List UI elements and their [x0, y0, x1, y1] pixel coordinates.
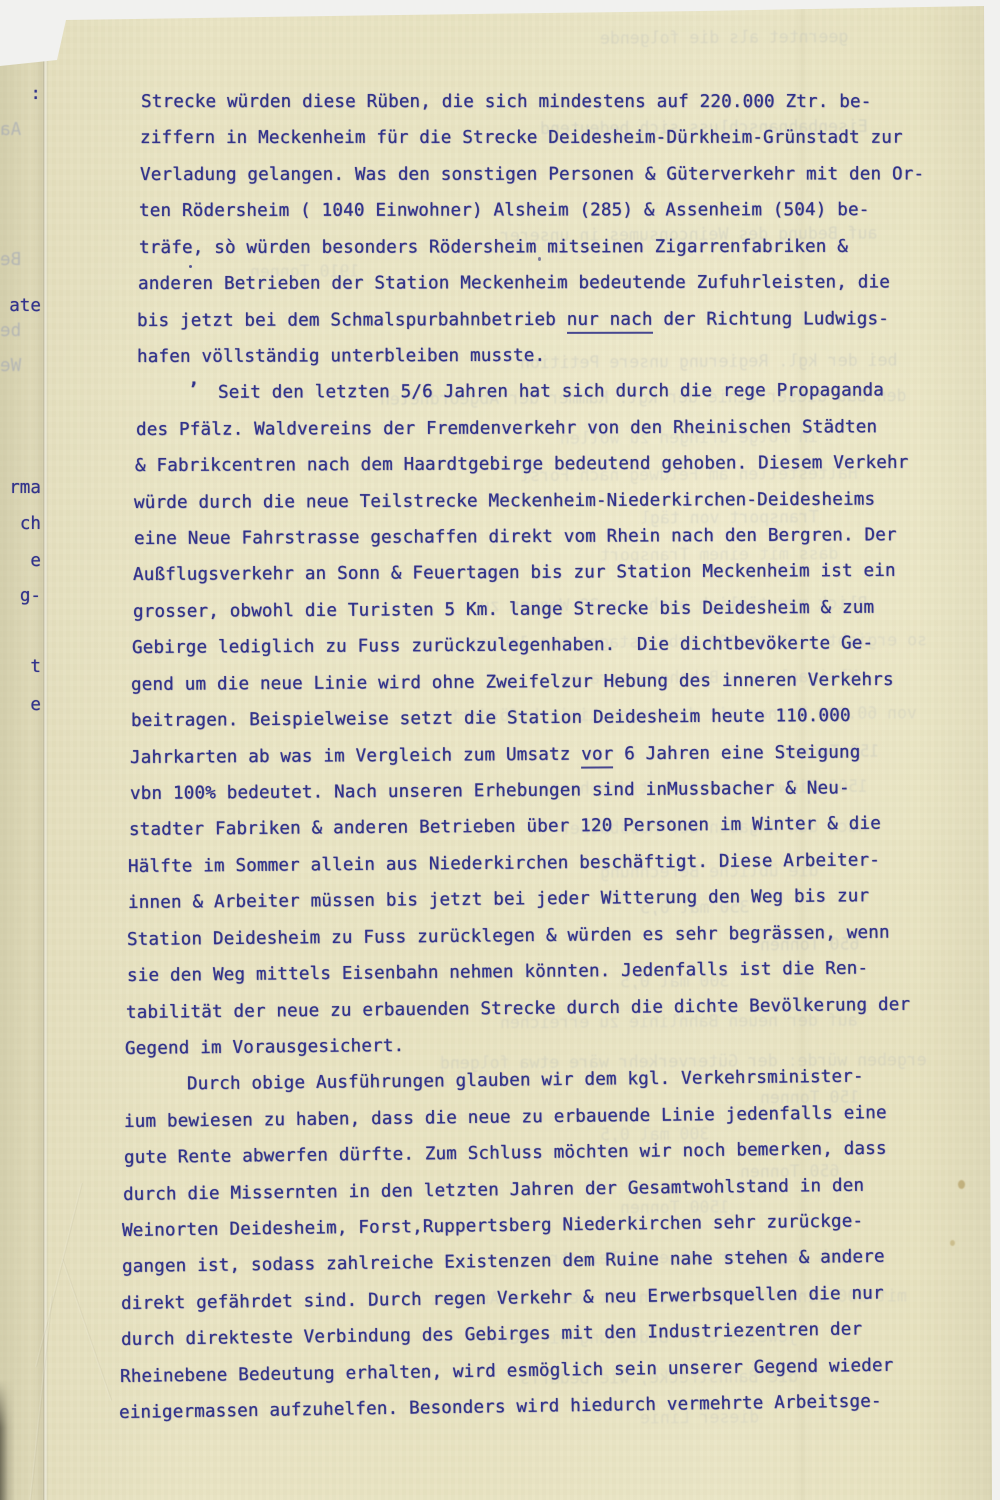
- typewritten-line: vbn 100% bedeutet. Nach unseren Erhebung…: [130, 778, 850, 804]
- typewritten-line: ’Seit den letzten 5/6 Jahren hat sich du…: [136, 381, 884, 404]
- page-gap-shadow: [0, 1380, 16, 1500]
- text-segment: Weinorten Deidesheim, Forst,Ruppertsberg…: [122, 1211, 863, 1241]
- typewritten-line: eine Neue Fahrstrasse geschaffen direkt …: [134, 525, 897, 549]
- typewritten-line: Strecke würden diese Rüben, die sich min…: [141, 92, 871, 112]
- typewritten-line: innen & Arbeiter müssen bis jetzt bei je…: [128, 886, 869, 913]
- left-edge-fragment: be: [0, 321, 41, 341]
- left-edge-fragment: Be: [0, 250, 41, 270]
- typewritten-line: durch die Missernten in den letzten Jahr…: [123, 1175, 864, 1204]
- bleedthrough-text: bei der kgl. Regierung unsere Petition: [520, 351, 898, 373]
- left-edge-fragment: g-: [0, 586, 41, 606]
- left-edge-fragment: :: [0, 84, 41, 104]
- typewritten-line: ium bewiesen zu haben, dass die neue zu …: [124, 1103, 887, 1132]
- foxing-spot: [958, 1180, 965, 1189]
- left-edge-fragment: e: [0, 695, 41, 715]
- text-segment: träfe, sò würden besonders Rödersheim mi…: [139, 236, 848, 257]
- typewritten-line: Gebirge lediglich zu Fuss zurückzulegenh…: [132, 634, 873, 659]
- text-segment: ten Rödersheim ( 1040 Einwohner) Alsheim…: [139, 200, 870, 221]
- text-segment: ium bewiesen zu haben, dass die neue zu …: [124, 1103, 887, 1132]
- typewritten-line: Außflugsverkehr an Sonn & Feuertagen bis…: [133, 561, 896, 585]
- left-edge-fragment: e: [0, 551, 41, 571]
- underlined-text: vor: [581, 744, 613, 768]
- typewritten-line: beitragen. Beispielweise setzt die Stati…: [131, 706, 851, 731]
- left-edge-fragment: t: [0, 657, 41, 677]
- typewritten-line: Gegend im Vorausgesichert.: [125, 1036, 405, 1059]
- typewritten-line: grosser, obwohl die Turisten 5 Km. lange…: [133, 598, 874, 622]
- foxing-spot: [950, 1240, 955, 1246]
- typewritten-line: Durch obige Ausführungen glauben wir dem…: [125, 1067, 864, 1095]
- typewritten-line: gend um die neue Linie wird ohne Zweifel…: [131, 670, 894, 695]
- text-segment: Seit den letzten 5/6 Jahren hat sich dur…: [218, 381, 884, 403]
- text-segment: anderen Betrieben der Station Meckenheim…: [138, 273, 890, 295]
- typewritten-line: ten Rödersheim ( 1040 Einwohner) Alsheim…: [139, 200, 870, 221]
- left-edge-fragment: Aa: [0, 120, 41, 140]
- typewritten-line: Jahrkarten ab was im Vergleich zum Umsat…: [130, 742, 861, 768]
- typewritten-line: würde durch die neue Teilstrecke Meckenh…: [134, 489, 875, 512]
- text-segment: des Pfälz. Waldvereins der Fremdenverkeh…: [136, 417, 877, 440]
- left-edge-fragment: ch: [0, 514, 41, 534]
- adjacent-page-sliver: [0, 60, 46, 1500]
- typewritten-line: & Fabrikcentren nach dem Haardtgebirge b…: [135, 453, 909, 476]
- left-edge-fragment: rma: [0, 478, 41, 498]
- typewritten-line: anderen Betrieben der Station Meckenheim…: [138, 273, 890, 295]
- typewritten-line: gangen ist, sodass zahlreiche Existenzen…: [122, 1247, 885, 1277]
- paper-sheet: geerntet als die folgendeEisenbahnanschl…: [0, 0, 1000, 1500]
- text-segment: gend um die neue Linie wird ohne Zweifel…: [131, 670, 894, 695]
- text-segment: sie den Weg mittels Eisenbahn nehmen kön…: [126, 959, 867, 986]
- text-segment: der Richtung Ludwigs-: [653, 309, 889, 330]
- text-segment: hafen völlständig unterbleiben musste.: [137, 346, 545, 367]
- typewritten-line: ziffern in Meckenheim für die Strecke De…: [140, 128, 903, 148]
- text-segment: beitragen. Beispielweise setzt die Stati…: [131, 706, 851, 731]
- typewritten-line: einigermassen aufzuhelfen. Besonders wir…: [119, 1392, 882, 1423]
- scanned-document-page: geerntet als die folgendeEisenbahnanschl…: [0, 0, 1000, 1500]
- text-segment: innen & Arbeiter müssen bis jetzt bei je…: [128, 886, 869, 913]
- text-segment: direkt gefährdet sind. Durch regen Verke…: [121, 1283, 884, 1314]
- text-segment: ziffern in Meckenheim für die Strecke De…: [140, 128, 903, 148]
- text-segment: Gebirge lediglich zu Fuss zurückzulegenh…: [132, 634, 873, 659]
- typewritten-line: Verladung gelangen. Was den sonstigen Pe…: [140, 164, 924, 185]
- fold-crease: [43, 58, 48, 1500]
- text-segment: eine Neue Fahrstrasse geschaffen direkt …: [134, 525, 897, 549]
- text-segment: bis jetzt bei dem Schmalspurbahnbetrieb: [137, 309, 567, 330]
- text-segment: Außflugsverkehr an Sonn & Feuertagen bis…: [133, 561, 896, 585]
- typewritten-line: des Pfälz. Waldvereins der Fremdenverkeh…: [136, 417, 877, 440]
- text-segment: Gegend im Vorausgesichert.: [125, 1036, 405, 1059]
- text-segment: durch die Missernten in den letzten Jahr…: [123, 1175, 864, 1204]
- text-segment: & Fabrikcentren nach dem Haardtgebirge b…: [135, 453, 909, 476]
- text-segment: 6 Jahren eine Steigung: [614, 742, 861, 764]
- ink-speck: [538, 257, 541, 261]
- text-segment: Verladung gelangen. Was den sonstigen Pe…: [140, 164, 924, 185]
- text-segment: Jahrkarten ab was im Vergleich zum Umsat…: [130, 744, 581, 767]
- paper-crease: [62, 1259, 113, 1401]
- typewritten-line: direkt gefährdet sind. Durch regen Verke…: [121, 1283, 884, 1314]
- typewritten-line: träfe, sò würden besonders Rödersheim mi…: [139, 236, 848, 257]
- stray-type-mark: ’: [188, 380, 199, 400]
- bleedthrough-text: geerntet als die folgende: [600, 27, 848, 48]
- text-segment: vbn 100% bedeutet. Nach unseren Erhebung…: [130, 778, 850, 804]
- text-segment: Strecke würden diese Rüben, die sich min…: [141, 92, 871, 112]
- left-edge-fragment: We: [0, 356, 41, 376]
- typewritten-line: sie den Weg mittels Eisenbahn nehmen kön…: [126, 959, 867, 986]
- left-edge-fragment: ate: [0, 296, 41, 316]
- text-segment: gangen ist, sodass zahlreiche Existenzen…: [122, 1247, 885, 1277]
- text-segment: würde durch die neue Teilstrecke Meckenh…: [134, 489, 875, 512]
- underlined-text: nur nach: [567, 309, 653, 333]
- text-segment: grosser, obwohl die Turisten 5 Km. lange…: [133, 598, 874, 622]
- typewritten-line: hafen völlständig unterbleiben musste.: [137, 346, 545, 367]
- text-segment: einigermassen aufzuhelfen. Besonders wir…: [119, 1392, 882, 1423]
- ink-speck: [189, 265, 192, 268]
- typewritten-line: Weinorten Deidesheim, Forst,Ruppertsberg…: [122, 1211, 863, 1241]
- typewritten-line: bis jetzt bei dem Schmalspurbahnbetrieb …: [137, 309, 889, 331]
